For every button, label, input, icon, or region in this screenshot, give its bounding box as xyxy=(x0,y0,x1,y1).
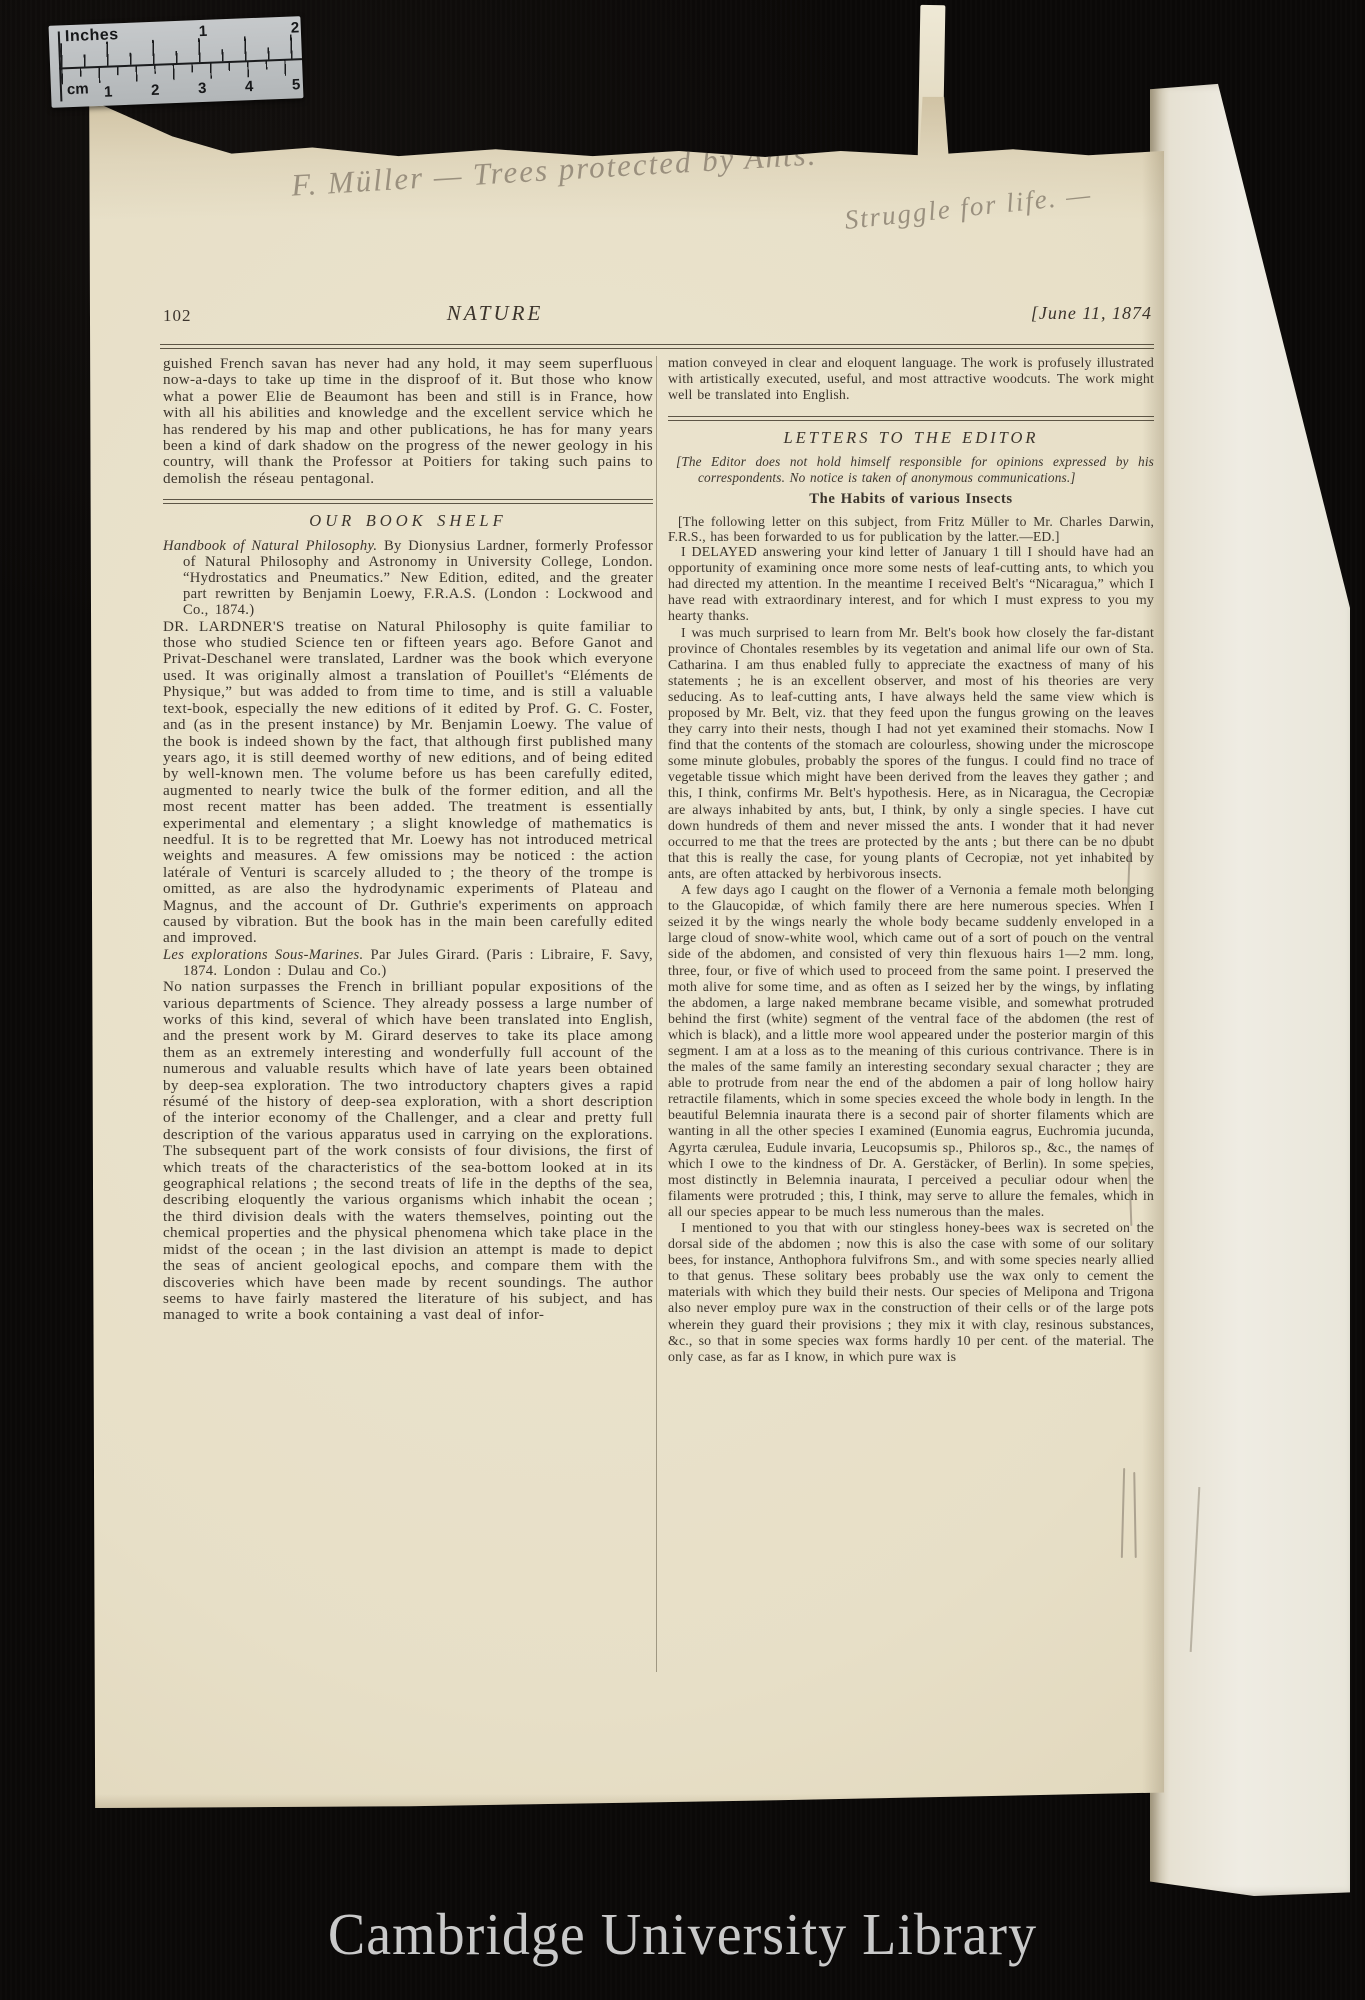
handwritten-annotation: F. Müller — Trees protected by Ants. xyxy=(290,136,818,203)
ruler-cm-number: 2 xyxy=(151,82,160,99)
measuring-ruler: Inches 1 2 cm 1 2 3 4 5 xyxy=(49,16,304,108)
book-title: Les explorations Sous-Marines. xyxy=(163,947,363,963)
section-heading: LETTERS TO THE EDITOR xyxy=(668,430,1154,446)
letter-paragraph: A few days ago I caught on the flower of… xyxy=(668,883,1154,1221)
ruler-inch-number: 2 xyxy=(290,19,299,36)
right-column: mation conveyed in clear and eloquent la… xyxy=(668,356,1154,1366)
book-title: Handbook of Natural Philosophy. xyxy=(163,538,377,554)
section-rule xyxy=(668,416,1154,421)
editor-disclaimer: [The Editor does not hold himself respon… xyxy=(668,454,1154,484)
article-text: mation conveyed in clear and eloquent la… xyxy=(668,356,1154,404)
header-rule xyxy=(160,344,1154,349)
pencil-mark xyxy=(1190,1487,1201,1652)
ruler-cm-number: 1 xyxy=(104,83,113,100)
library-scan-scene: F. Müller — Trees protected by Ants. Str… xyxy=(0,0,1365,2000)
page-number: 102 xyxy=(163,306,192,326)
book-citation: Handbook of Natural Philosophy. By Diony… xyxy=(163,538,653,619)
letter-paragraph: I was much surprised to learn from Mr. B… xyxy=(668,626,1154,884)
forwarding-note: [The following letter on this subject, f… xyxy=(668,514,1154,545)
book-review: No nation surpasses the French in brilli… xyxy=(163,979,653,1324)
book-review: DR. LARDNER'S treatise on Natural Philos… xyxy=(163,619,653,947)
library-caption: Cambridge University Library xyxy=(0,1901,1365,1969)
ruler-inches-label: Inches xyxy=(65,26,119,46)
ruler-cm-number: 5 xyxy=(292,76,301,93)
ruler-inch-number: 1 xyxy=(199,23,208,40)
ruler-cm-number: 4 xyxy=(245,78,254,95)
journal-page: F. Müller — Trees protected by Ants. Str… xyxy=(86,90,1164,1808)
book-citation: Les explorations Sous-Marines. Par Jules… xyxy=(163,947,653,979)
left-column: guished French savan has never had any h… xyxy=(163,356,653,1324)
pencil-mark xyxy=(1121,1468,1125,1558)
journal-title: NATURE xyxy=(395,301,595,326)
section-heading: OUR BOOK SHELF xyxy=(163,513,653,529)
letter-title: The Habits of various Insects xyxy=(668,491,1154,507)
column-rule xyxy=(656,356,657,1672)
letter-paragraph: I mentioned to you that with our stingle… xyxy=(668,1221,1154,1366)
handwritten-annotation: Struggle for life. — xyxy=(843,179,1093,236)
issue-date: [June 11, 1874 xyxy=(952,303,1152,324)
book-fore-edge xyxy=(1150,82,1350,1896)
letter-paragraph: I DELAYED answering your kind letter of … xyxy=(668,545,1154,625)
ruler-cm-label: cm xyxy=(67,80,89,98)
pencil-mark xyxy=(1133,1472,1137,1558)
ruler-cm-number: 3 xyxy=(198,80,207,97)
section-rule xyxy=(163,499,653,504)
article-text: guished French savan has never had any h… xyxy=(163,356,653,487)
